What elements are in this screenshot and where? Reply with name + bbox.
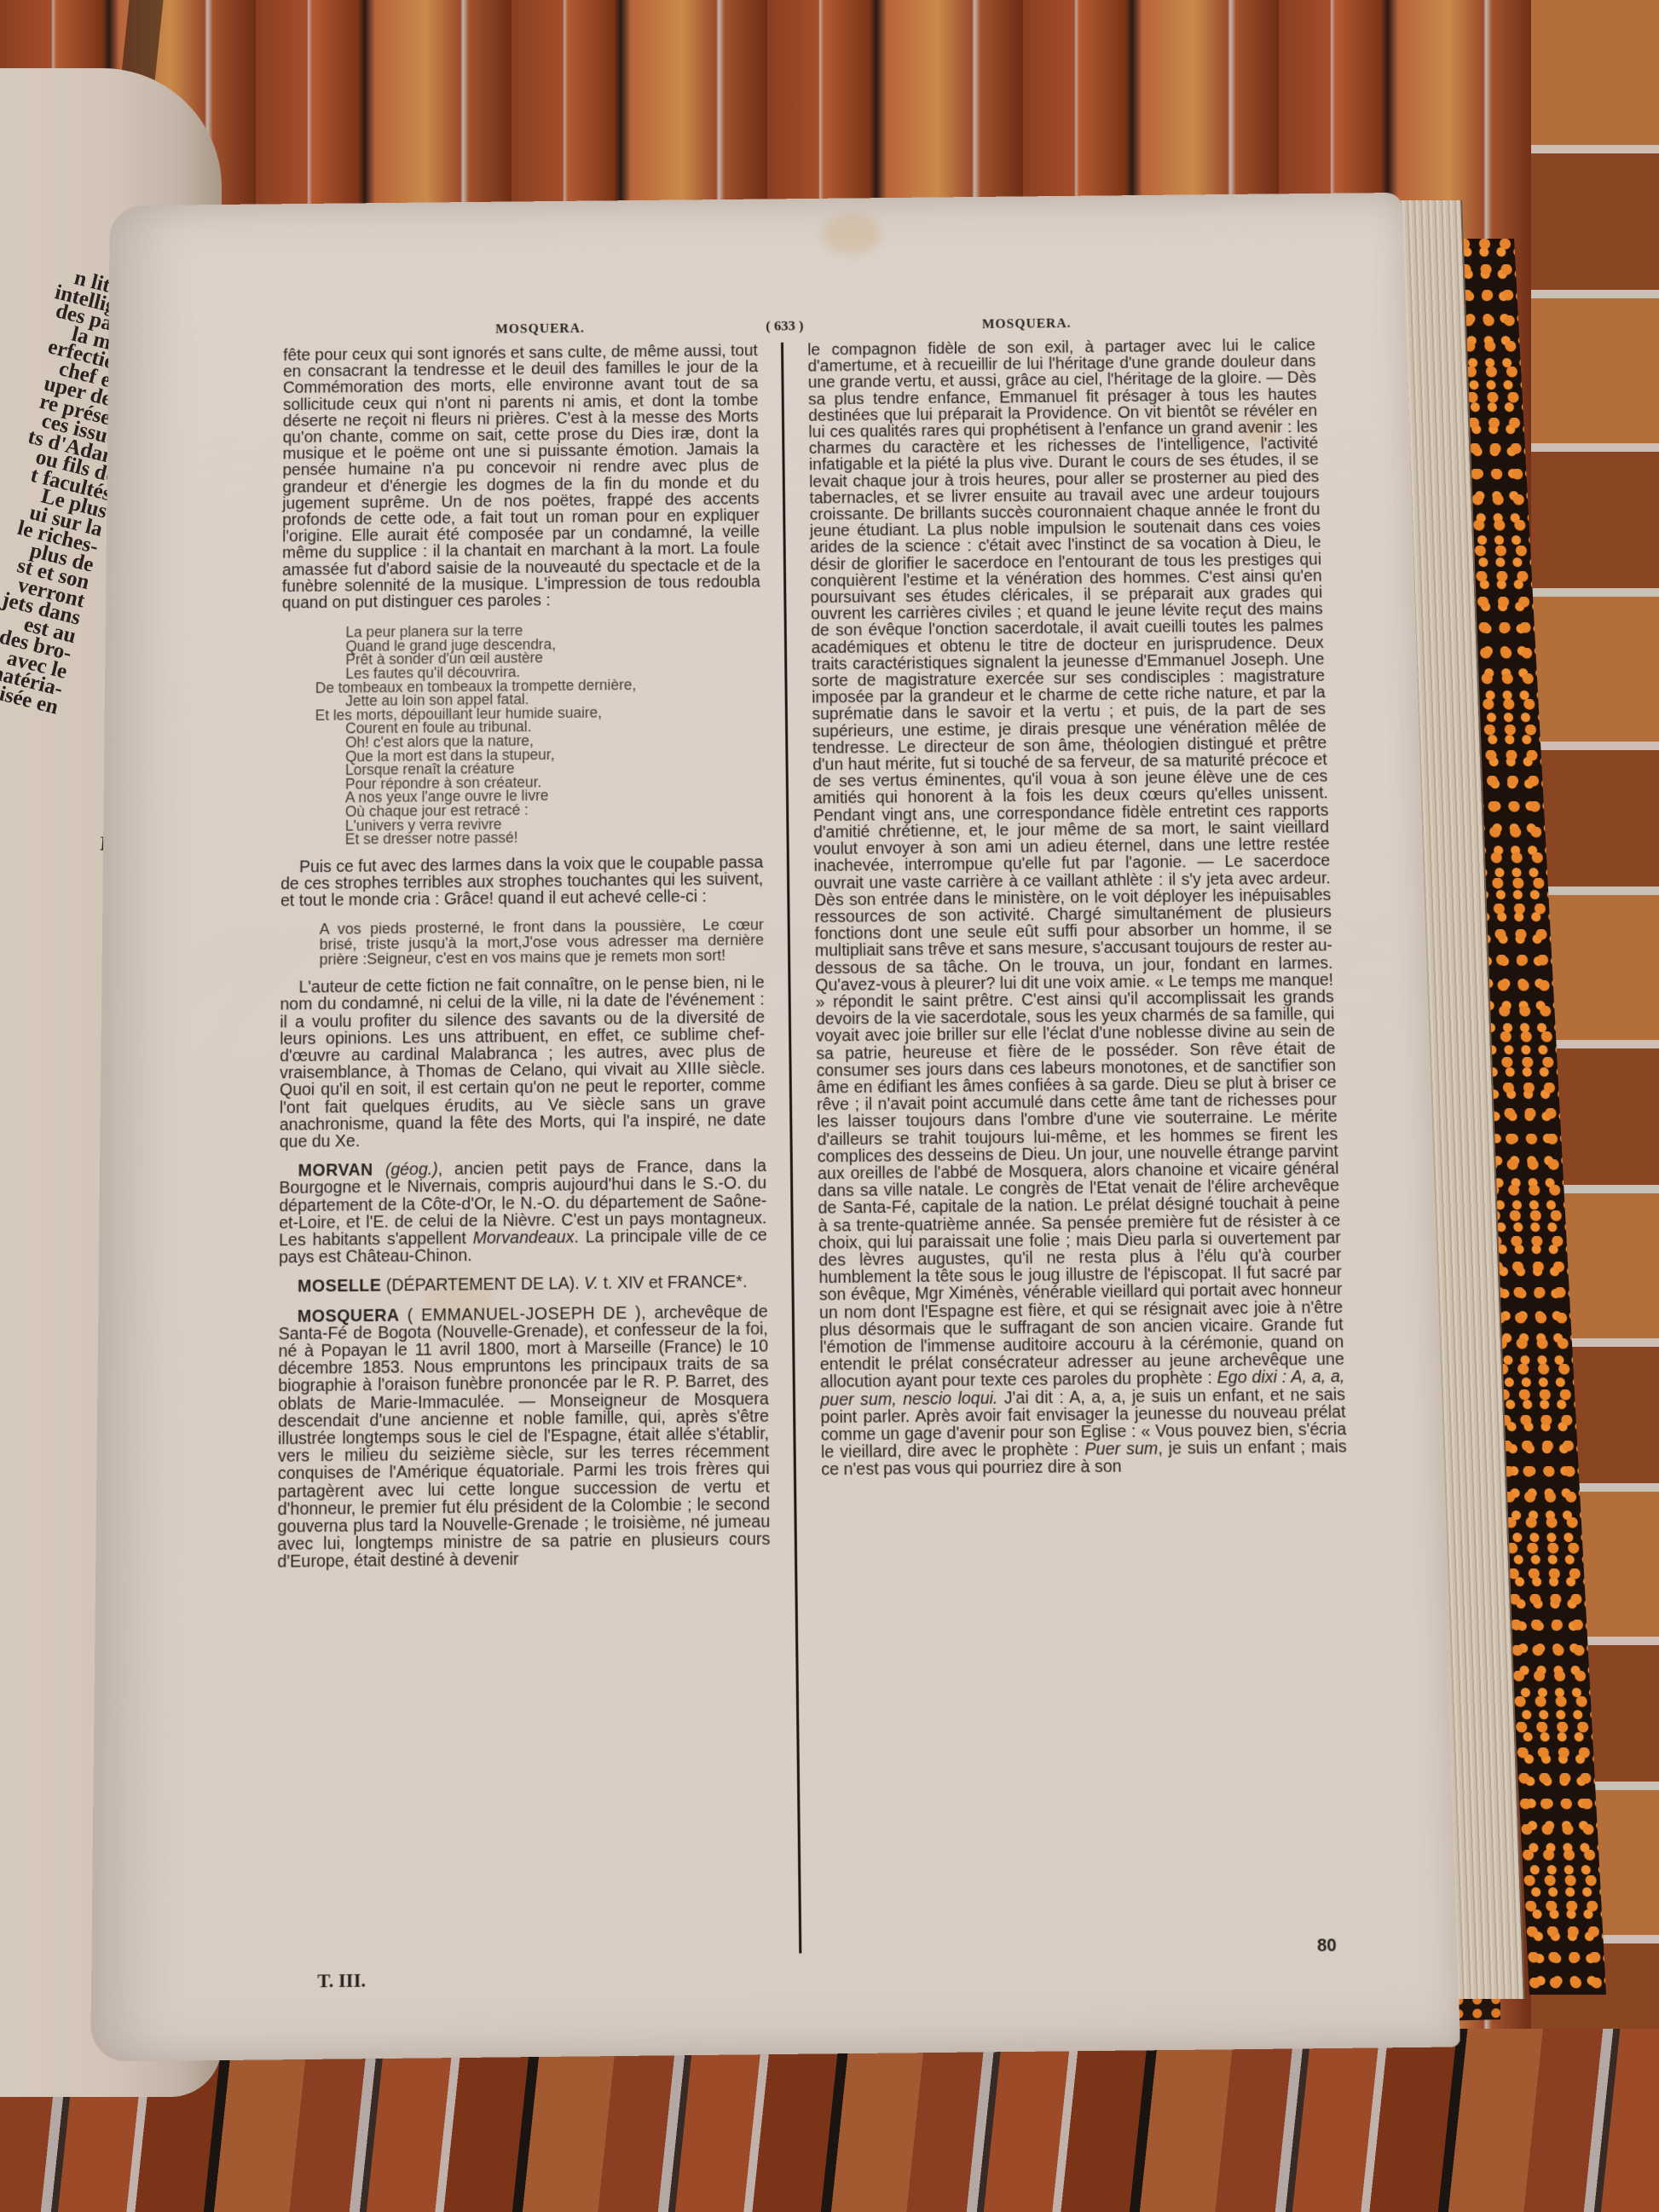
entry-mosquera-text: archevêque de Santa-Fé de Bogota (Nouvel… [277, 1302, 770, 1573]
paper-stain [823, 214, 882, 255]
column-divider [781, 343, 801, 1954]
cross-ref: t. XIV et FRANCE*. [598, 1273, 748, 1293]
headword-moselle: MOSELLE [298, 1277, 381, 1297]
latin-puer-sum: Puer sum [1084, 1440, 1158, 1459]
right-column: le compagnon fidèle de son exil, à parta… [807, 337, 1347, 1479]
signature-mark: 80 [1317, 1936, 1338, 1956]
entry-morvan: MORVAN (géog.), ancien petit pays de Fra… [279, 1158, 767, 1267]
entry-tag: (géog.) [385, 1160, 438, 1180]
page-number: ( 633 ) [766, 318, 803, 334]
main-page: MOSQUERA. ( 633 ) MOSQUERA. fête pour ce… [90, 193, 1460, 2062]
poem-dies-irae: La peur planera sur la terreQuand le gra… [280, 621, 762, 847]
cross-ref-marker: V. [584, 1274, 598, 1293]
entry-moselle-text: (DÉPARTEMENT DE LA). [381, 1274, 584, 1296]
paragraph-grace: Puis ce fut avec des larmes dans la voix… [280, 854, 764, 910]
paragraph-author: L'auteur de cette fiction ne fait connaî… [280, 974, 766, 1151]
entry-mosquera: MOSQUERA ( EMMANUEL-JOSEPH DE ), archevê… [277, 1303, 770, 1572]
entry-mosquera-continued: le compagnon fidèle de son exil, à parta… [807, 337, 1347, 1479]
paragraph-dies-irae: fête pour ceux qui sont ignorés et sans … [282, 343, 760, 612]
entry-moselle: MOSELLE (DÉPARTEMENT DE LA). V. t. XIV e… [279, 1273, 768, 1296]
mosquera-biography-text: le compagnon fidèle de son exil, à parta… [807, 336, 1344, 1392]
tile-frame-background [109, 0, 1646, 188]
running-head-right: MOSQUERA. [982, 317, 1072, 332]
running-head-left: MOSQUERA. [495, 321, 585, 337]
left-column: fête pour ceux qui sont ignorés et sans … [277, 343, 770, 1571]
volume-marker: T. III. [317, 1969, 366, 1993]
poem-prayer: A vos pieds prosterné, le front dans la … [280, 918, 765, 967]
demonym: Morvandeaux [473, 1228, 575, 1248]
verse-line: Et se dresser notre passé! [315, 829, 763, 847]
verse-line: Seigneur, c'est en vos mains que je reme… [367, 946, 725, 967]
